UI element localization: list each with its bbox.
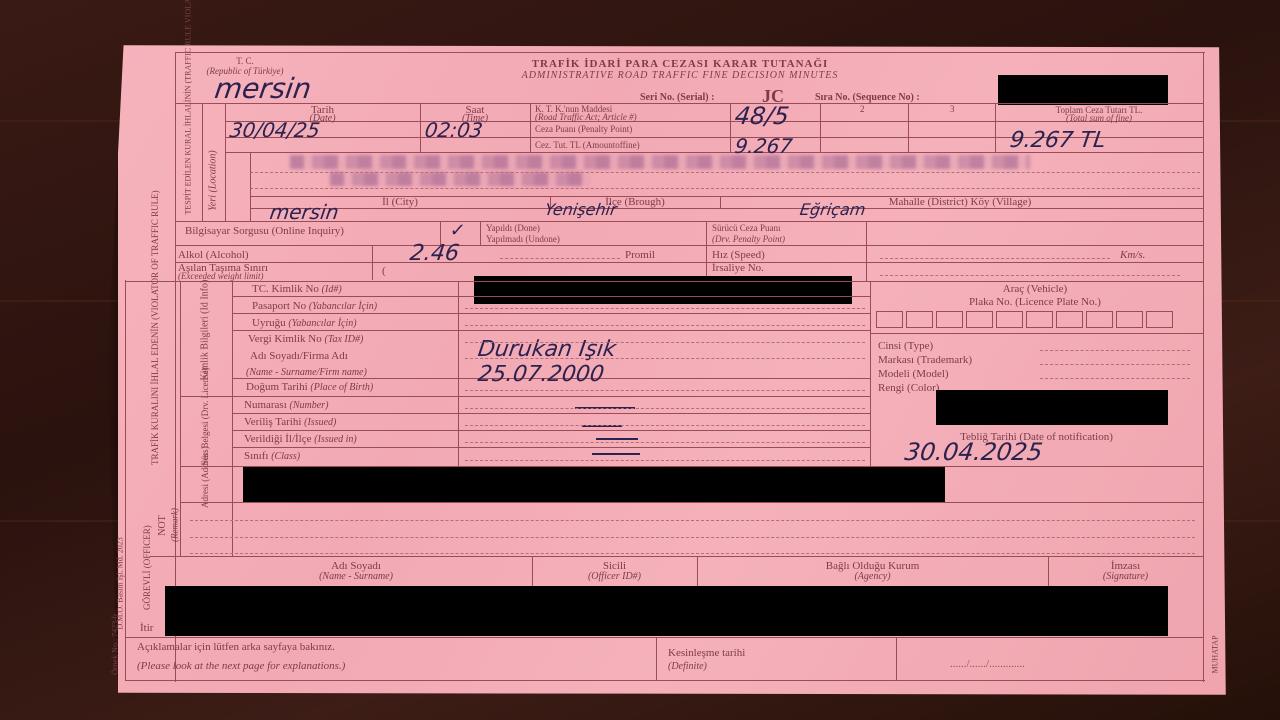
plate-box — [966, 311, 993, 328]
document-title: TRAFİK İDARİ PARA CEZASI KARAR TUTANAĞI — [420, 58, 940, 70]
agency-label-en: (Agency) — [697, 571, 1048, 582]
nationality-label-en: (Yabancılar İçin) — [288, 318, 356, 329]
license-issued-label-en: (Issued) — [304, 417, 336, 428]
neighborhood-label: Mahalle (District) Köy (Village) — [720, 196, 1200, 208]
inquiry-done-mark: ✓ — [449, 220, 467, 241]
objection-partial-label: İtir — [140, 622, 153, 634]
license-issued-in-label-en: (Issued in) — [314, 434, 357, 445]
weight-label-en: (Exceeded weight limit) — [178, 271, 263, 281]
article-col-2: 2 — [860, 104, 865, 114]
passport-label-en: (Yabancılar İçin) — [309, 301, 377, 312]
online-inquiry-label: Bilgisayar Sorgusu (Online Inquiry) — [185, 225, 344, 237]
definite-date-label-en: (Definite) — [668, 661, 707, 672]
name-label-en: (Name - Surname/Firm name) — [246, 367, 367, 378]
plate-box — [1056, 311, 1083, 328]
copy-label: MUHATAP — [1211, 630, 1220, 680]
total-label-en: (Total sum of fine) — [995, 113, 1203, 123]
driver-penalty-label: Sürücü Ceza Puanı — [712, 223, 780, 233]
tax-id-label-en: (Tax ID#) — [325, 334, 364, 345]
undone-label: Yapılmadı (Undone) — [486, 234, 560, 244]
promil-label: Promil — [625, 249, 655, 261]
vehicle-model-label: Modeli (Model) — [878, 368, 949, 380]
vehicle-title: Araç (Vehicle) — [870, 283, 1200, 295]
location-blurred-2 — [330, 172, 590, 186]
explanations-note-en: (Please look at the next page for explan… — [137, 660, 345, 672]
sequence-redaction — [998, 75, 1168, 105]
location-blurred — [290, 155, 1030, 169]
article-col-3: 3 — [950, 104, 955, 114]
birth-label-en: (Place of Birth) — [310, 382, 373, 393]
plate-box — [936, 311, 963, 328]
amount-label: Cez. Tut. TL (Amountoffine) — [535, 140, 640, 150]
birth-label: Doğum Tarihi — [246, 381, 308, 393]
plate-box — [1116, 311, 1143, 328]
address-redaction — [243, 467, 945, 502]
penalty-point-label: Ceza Puanı (Penalty Point) — [535, 124, 632, 134]
alcohol-value: 2.46 — [408, 241, 460, 266]
id-no-label-en: (Id#) — [322, 284, 342, 295]
license-number-label-en: (Number) — [290, 400, 329, 411]
violator-side-label: TRAFİK KURALINI İHLAL EDENİN (VIOLATOR O… — [150, 275, 160, 465]
vehicle-color-redaction — [936, 390, 1168, 425]
speed-label: Hız (Speed) — [712, 249, 765, 261]
remark-label-en: (Remark) — [170, 488, 180, 563]
tax-id-label: Vergi Kimlik No — [248, 333, 322, 345]
officer-details-redaction — [165, 586, 1168, 636]
definite-date-label: Kesinleşme tarihi — [668, 647, 745, 659]
plate-box — [1146, 311, 1173, 328]
definite-date-value: ....../....../............. — [950, 658, 1025, 670]
license-class-label-en: (Class) — [271, 451, 300, 462]
weight-paren: ( — [382, 265, 386, 277]
address-label: Adresi (Address) — [200, 458, 210, 508]
license-issued-in-dash — [596, 438, 638, 440]
document-title-en: ADMINISTRATIVE ROAD TRAFFIC FINE DECISIO… — [400, 70, 960, 81]
officer-name-label-en: (Name - Surname) — [180, 571, 532, 582]
birth-value: 25.07.2000 — [476, 362, 605, 387]
vehicle-color-label: Rengi (Color) — [878, 382, 939, 394]
district-value: Yenişehir — [544, 200, 618, 219]
violation-side-label: TESPİT EDİLEN KURAL İHLALİNİN (TRAFFIC R… — [184, 95, 193, 215]
vehicle-trademark-label: Markası (Trademark) — [878, 354, 972, 366]
republic-label: T. C. — [190, 56, 300, 66]
license-issued-in-label: Verildiği İl/İlçe — [244, 433, 312, 445]
neighborhood-value: Eğriçam — [799, 200, 867, 219]
id-no-label: TC. Kimlik No — [252, 283, 319, 295]
explanations-note: Açıklamalar için lütfen arka sayfaya bak… — [137, 641, 335, 653]
officer-id-label-en: (Officer ID#) — [532, 571, 697, 582]
plate-box — [906, 311, 933, 328]
location-side-label: Yeri (Location) — [208, 146, 219, 216]
plate-box — [876, 311, 903, 328]
waybill-label: İrsaliye No. — [712, 262, 764, 274]
passport-label: Pasaport No — [252, 300, 306, 312]
plate-box — [996, 311, 1023, 328]
article-value: 48/5 — [733, 102, 791, 130]
alcohol-label: Alkol (Alcohol) — [178, 249, 249, 261]
speed-unit: Km/s. — [1120, 249, 1145, 261]
plate-label: Plaka No. (Licence Plate No.) — [870, 296, 1200, 308]
total-value: 9.267 TL — [1008, 128, 1107, 153]
officer-side-label: GÖREVLİ (OFFICER) — [142, 540, 152, 610]
article-label-en: (Road Traffic Act; Article #) — [535, 112, 637, 122]
notification-value: 30.04.2025 — [903, 438, 1044, 466]
sequence-label: Sıra No. (Sequence No) : — [815, 92, 920, 103]
vehicle-type-label: Cinsi (Type) — [878, 340, 933, 352]
city-handwritten: mersin — [213, 72, 314, 105]
name-label: Adı Soyadı/Firma Adı — [250, 350, 348, 362]
license-class-dash — [592, 453, 640, 455]
remark-label: NOT — [157, 488, 168, 563]
license-issued-label: Veriliş Tarihi — [244, 416, 301, 428]
plate-box — [1026, 311, 1053, 328]
license-number-label: Numarası — [244, 399, 287, 411]
serial-label: Seri No. (Serial) : — [640, 92, 714, 103]
done-label: Yapıldı (Done) — [486, 223, 540, 233]
date-value: 30/04/25 — [228, 118, 321, 142]
plate-box — [1086, 311, 1113, 328]
time-value: 02:03 — [423, 118, 484, 142]
license-class-label: Sınıfı — [244, 450, 268, 462]
driver-penalty-label-en: (Drv. Penalty Point) — [712, 234, 785, 244]
nationality-label: Uyruğu — [252, 317, 286, 329]
printer-label: D.M.O. Basım İşl. Md. 2023 — [116, 540, 125, 630]
signature-label-en: (Signature) — [1048, 571, 1203, 582]
